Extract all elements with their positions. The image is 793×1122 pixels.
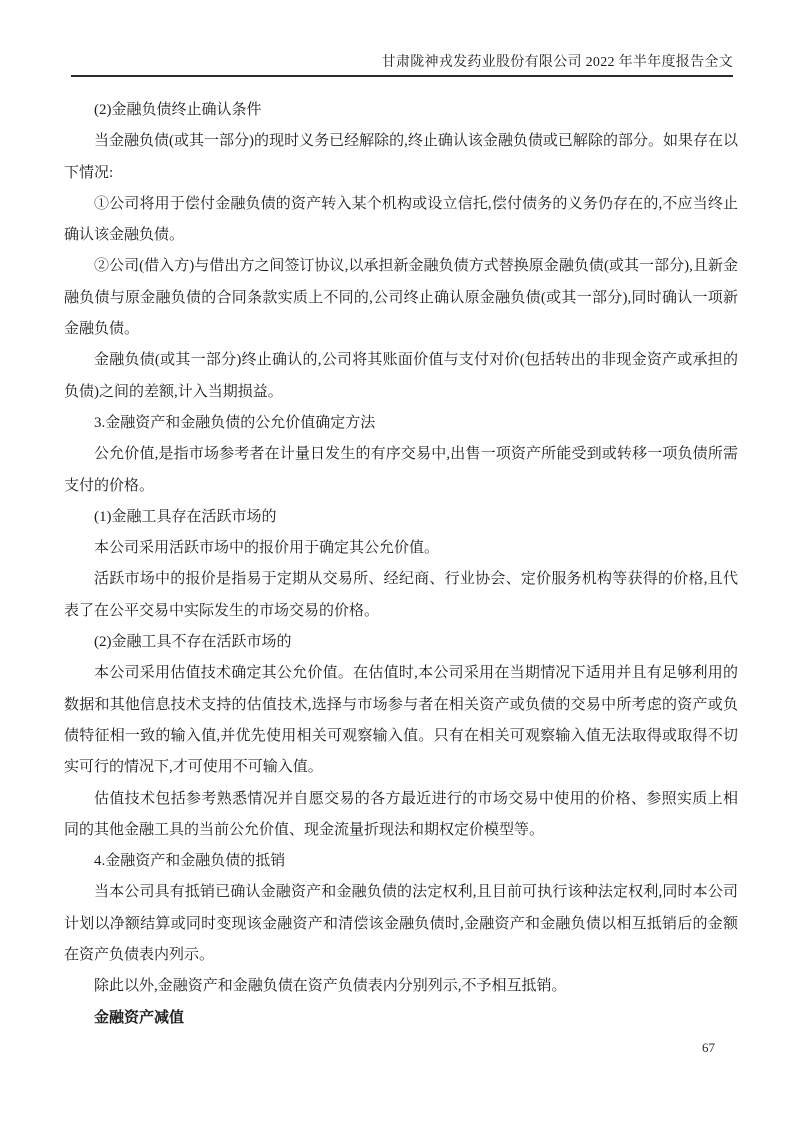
para-active-market-quote-used: 本公司采用活跃市场中的报价用于确定其公允价值。: [64, 533, 738, 564]
page-number: 67: [702, 1040, 715, 1055]
para-derecognition-difference-to-profit-loss: 金融负债(或其一部分)终止确认的,公司将其账面价值与支付对价(包括转出的非现金资…: [64, 345, 738, 408]
page-header: 甘肃陇神戎发药业股份有限公司 2022 年半年度报告全文: [71, 53, 733, 77]
heading-3-fair-value-determination-method: 3.金融资产和金融负债的公允价值确定方法: [64, 408, 738, 439]
heading-2-no-active-market: (2)金融工具不存在活跃市场的: [64, 627, 738, 658]
heading-financial-liability-derecognition-conditions: (2)金融负债终止确认条件: [64, 95, 738, 126]
report-header-title: 甘肃陇神戎发药业股份有限公司 2022 年半年度报告全文: [382, 55, 733, 70]
document-body: (2)金融负债终止确认条件当金融负债(或其一部分)的现时义务已经解除的,终止确认…: [64, 95, 738, 1034]
para-valuation-technique: 本公司采用估值技术确定其公允价值。在估值时,本公司采用在当期情况下适用并且有足够…: [64, 658, 738, 783]
heading-financial-asset-impairment: 金融资产减值: [64, 1003, 738, 1034]
para-active-market-quote-definition: 活跃市场中的报价是指易于定期从交易所、经纪商、行业协会、定价服务机构等获得的价格…: [64, 564, 738, 627]
para-fair-value-definition: 公允价值,是指市场参考者在计量日发生的有序交易中,出售一项资产所能受到或转移一项…: [64, 439, 738, 502]
para-valuation-technique-includes: 估值技术包括参考熟悉情况并自愿交易的各方最近进行的市场交易中使用的价格、参照实质…: [64, 784, 738, 847]
report-page: 甘肃陇神戎发药业股份有限公司 2022 年半年度报告全文 (2)金融负债终止确认…: [0, 0, 793, 1122]
para-item-2-replacement-agreement: ②公司(借入方)与借出方之间签订协议,以承担新金融负债方式替换原金融负债(或其一…: [64, 251, 738, 345]
para-otherwise-presented-separately: 除此以外,金融资产和金融负债在资产负债表内分别列示,不予相互抵销。: [64, 971, 738, 1002]
heading-4-offsetting-financial-assets-liabilities: 4.金融资产和金融负债的抵销: [64, 846, 738, 877]
para-derecognition-general: 当金融负债(或其一部分)的现时义务已经解除的,终止确认该金融负债或已解除的部分。…: [64, 126, 738, 189]
page-footer: 67: [64, 1040, 715, 1056]
para-offsetting-conditions: 当本公司具有抵销已确认金融资产和金融负债的法定权利,且目前可执行该种法定权利,同…: [64, 877, 738, 971]
para-item-1-transfer-to-institution-or-trust: ①公司将用于偿付金融负债的资产转入某个机构或设立信托,偿付债务的义务仍存在的,不…: [64, 189, 738, 252]
heading-1-active-market-exists: (1)金融工具存在活跃市场的: [64, 502, 738, 533]
